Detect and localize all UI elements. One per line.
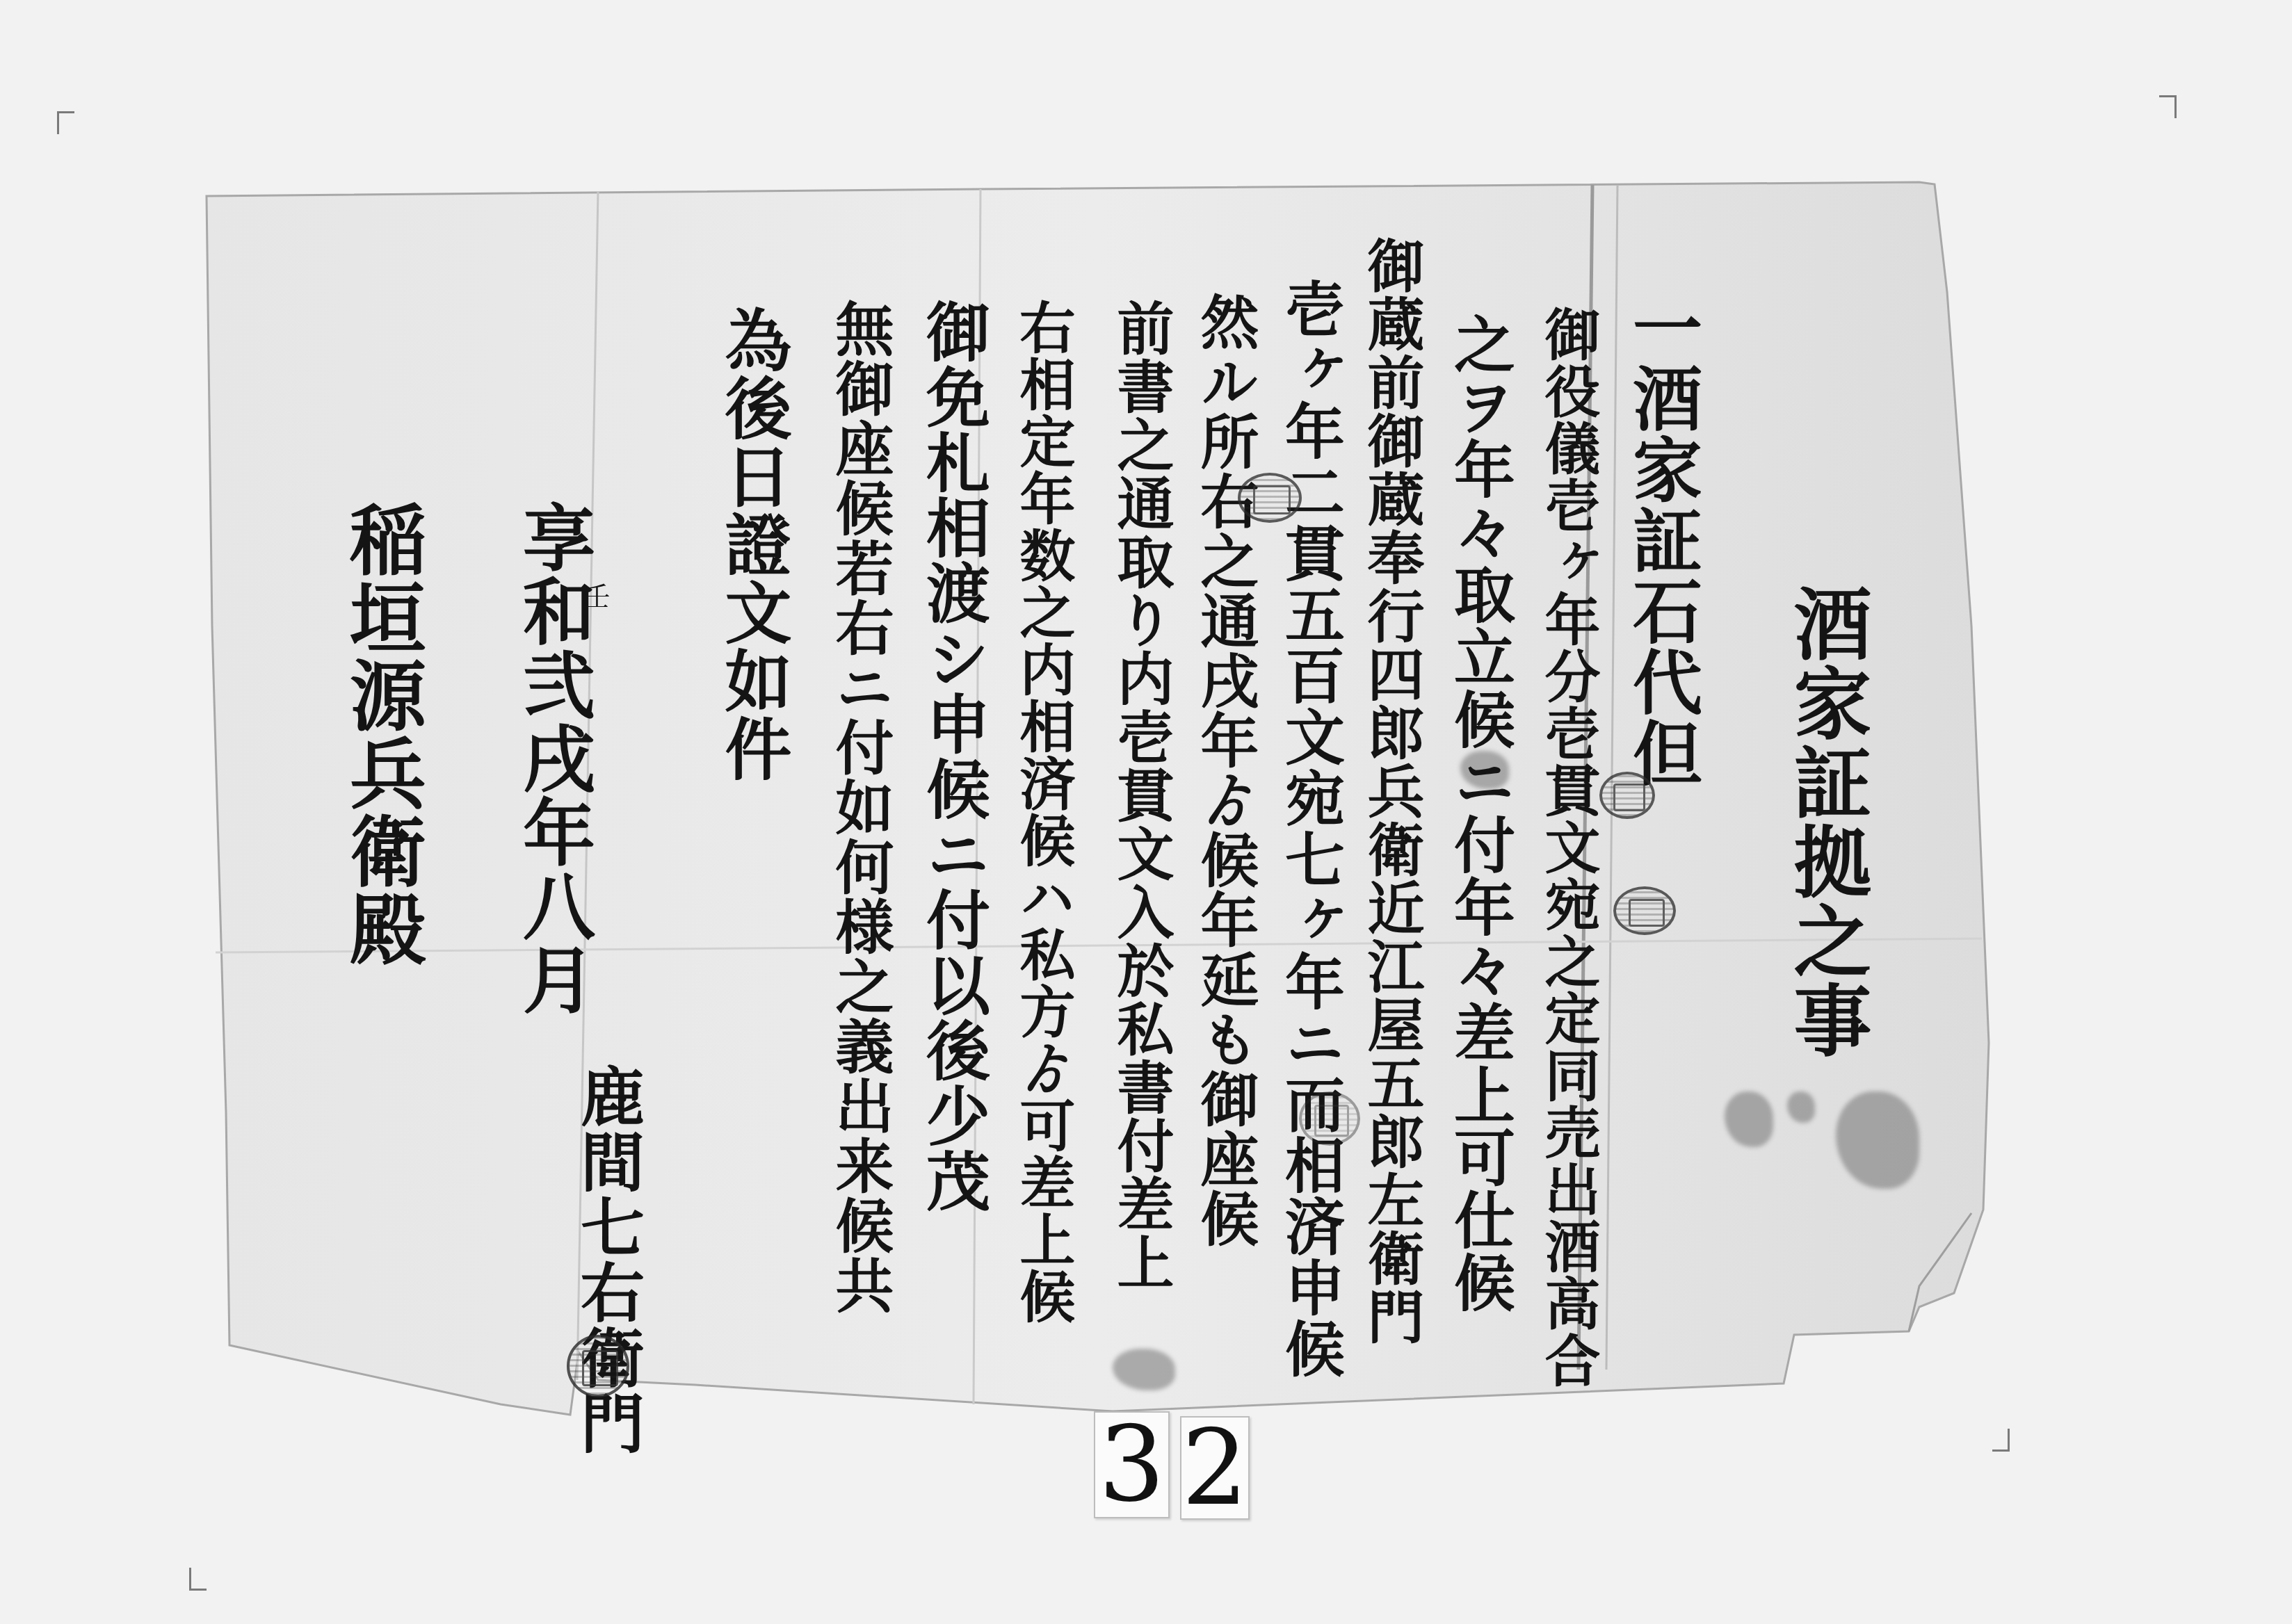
body-column-4: 御蔵前御蔵奉行四郎兵衛近江屋五郎左衛門 bbox=[1363, 236, 1420, 1346]
signatory-seal bbox=[567, 1335, 629, 1397]
seal-stamp bbox=[1299, 1091, 1360, 1146]
label-card-digit-2: 2 bbox=[1180, 1416, 1250, 1520]
addressee: 稲垣源兵衛殿 bbox=[327, 501, 437, 968]
body-column-7: 前書之通取り内壱貫文入於私書付差上 bbox=[1113, 299, 1170, 1292]
document-title: 酒家証拠之事 bbox=[1787, 584, 1865, 1154]
seal-stamp bbox=[1238, 473, 1302, 523]
body-column-9: 御免札相渡シ申候ニ付以後少茂 bbox=[921, 299, 985, 1214]
label-card-digit-1: 3 bbox=[1094, 1411, 1170, 1518]
body-column-1: 一酒家証石代但 bbox=[1627, 292, 1697, 788]
body-column-6: 然ル所右之通戌年ゟ候年延も御座候 bbox=[1196, 292, 1254, 1249]
seal-stamp bbox=[1613, 886, 1676, 935]
body-column-2: 御役儀壱ヶ年分壱貫文宛之定同売出酒高合 bbox=[1540, 306, 1596, 1389]
date-line: 享和弐戌年八月 bbox=[501, 501, 605, 1016]
date-annotation: 壬 bbox=[576, 583, 614, 610]
body-column-8: 右相定年数之内相済候ハ私方ゟ可差上候 bbox=[1015, 299, 1071, 1325]
body-column-3: 之ヲ年々取立候ニ付年々差上可仕候 bbox=[1450, 313, 1511, 1314]
body-column-5: 壱ヶ年二貫五百文宛七ヶ年ニ而相済申候 bbox=[1280, 278, 1339, 1379]
body-column-10: 無御座候若右ニ付如何様之義出来候共 bbox=[831, 299, 889, 1315]
signatory: 鹿間七右衛門 bbox=[562, 1064, 654, 1456]
seal-stamp bbox=[1599, 772, 1655, 819]
body-column-11: 為後日證文如件 bbox=[720, 306, 786, 783]
